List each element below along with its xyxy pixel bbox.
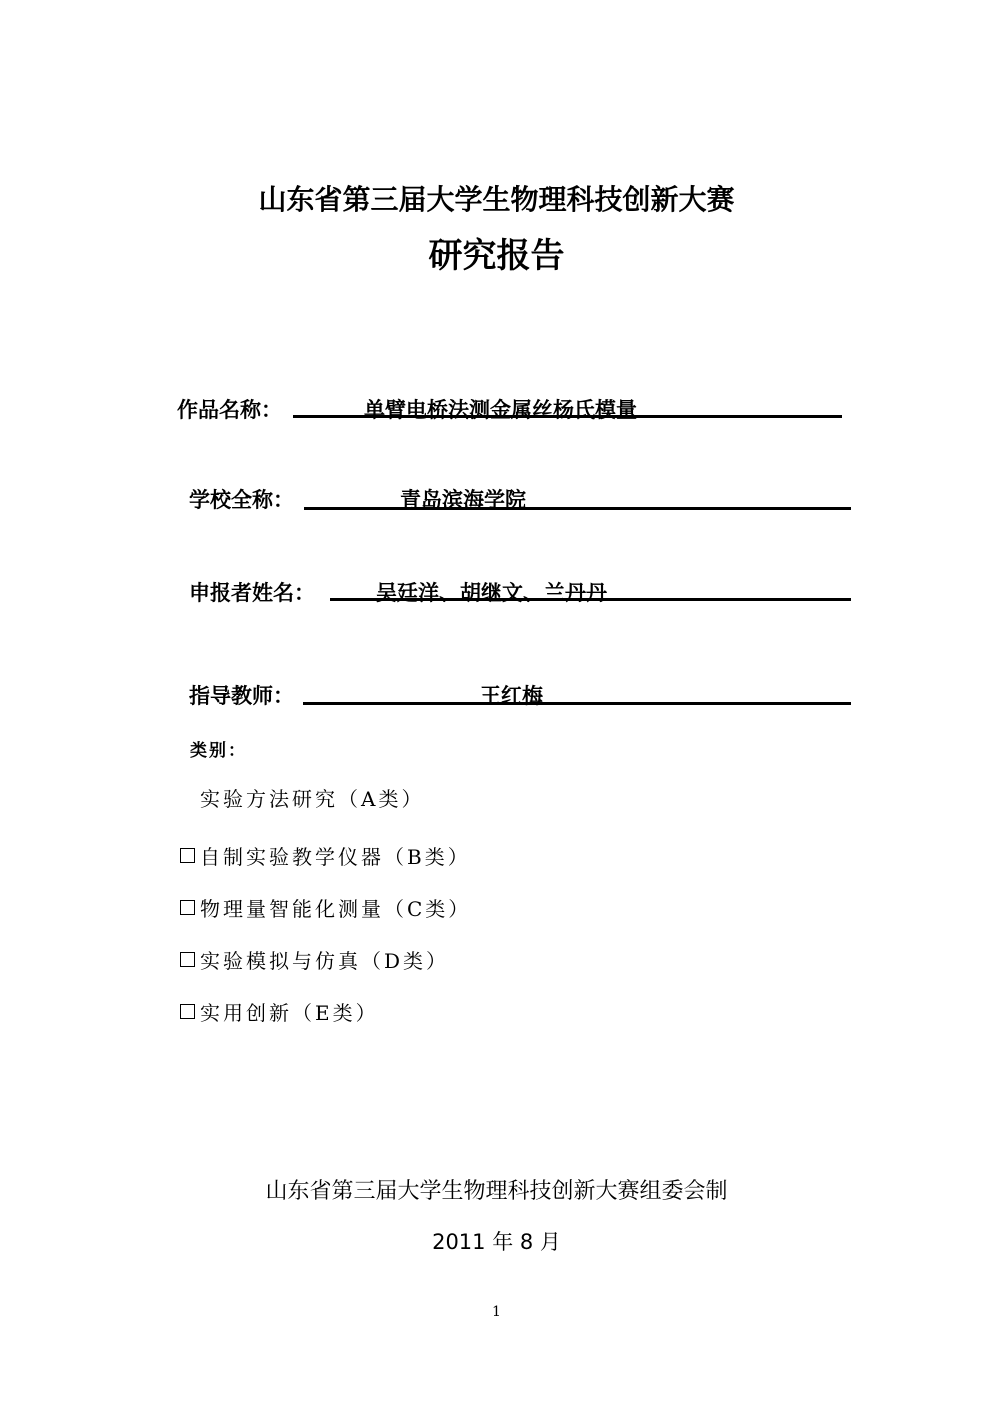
- category-item-c[interactable]: 物理量智能化测量（C类）: [180, 893, 471, 922]
- category-label: 实用创新（E类）: [200, 997, 379, 1026]
- document-title: 山东省第三届大学生物理科技创新大赛: [0, 178, 993, 218]
- field-value: 王红梅: [480, 680, 543, 710]
- checkbox-icon[interactable]: [180, 900, 195, 915]
- field-label: 作品名称：: [177, 394, 282, 424]
- document-subtitle: 研究报告: [0, 228, 993, 277]
- field-label: 指导教师：: [189, 680, 294, 710]
- checkbox-icon[interactable]: [180, 1004, 195, 1019]
- category-item-b[interactable]: 自制实验教学仪器（B类）: [180, 841, 471, 870]
- checkbox-icon[interactable]: [180, 848, 195, 863]
- category-label: 自制实验教学仪器（B类）: [200, 841, 471, 870]
- category-label: 实验方法研究（A类）: [200, 783, 424, 812]
- category-item-a: 实验方法研究（A类）: [200, 783, 424, 812]
- category-heading: 类别：: [190, 736, 247, 761]
- field-value: 吴廷洋、胡继文、兰丹丹: [376, 577, 607, 607]
- checkbox-icon[interactable]: [180, 952, 195, 967]
- date-line: 2011 年 8 月: [0, 1226, 993, 1256]
- page-number: 1: [0, 1304, 993, 1320]
- underline: [330, 598, 851, 601]
- underline: [303, 702, 851, 705]
- underline: [293, 415, 842, 418]
- category-item-e[interactable]: 实用创新（E类）: [180, 997, 379, 1026]
- field-label: 申报者姓名：: [189, 577, 315, 607]
- field-label: 学校全称：: [189, 484, 294, 514]
- category-item-d[interactable]: 实验模拟与仿真（D类）: [180, 945, 449, 974]
- field-value: 单臂电桥法测金属丝杨氏模量: [364, 394, 637, 424]
- category-label: 物理量智能化测量（C类）: [200, 893, 471, 922]
- organizer-line: 山东省第三届大学生物理科技创新大赛组委会制: [0, 1174, 993, 1205]
- category-label: 实验模拟与仿真（D类）: [200, 945, 449, 974]
- underline: [304, 507, 851, 510]
